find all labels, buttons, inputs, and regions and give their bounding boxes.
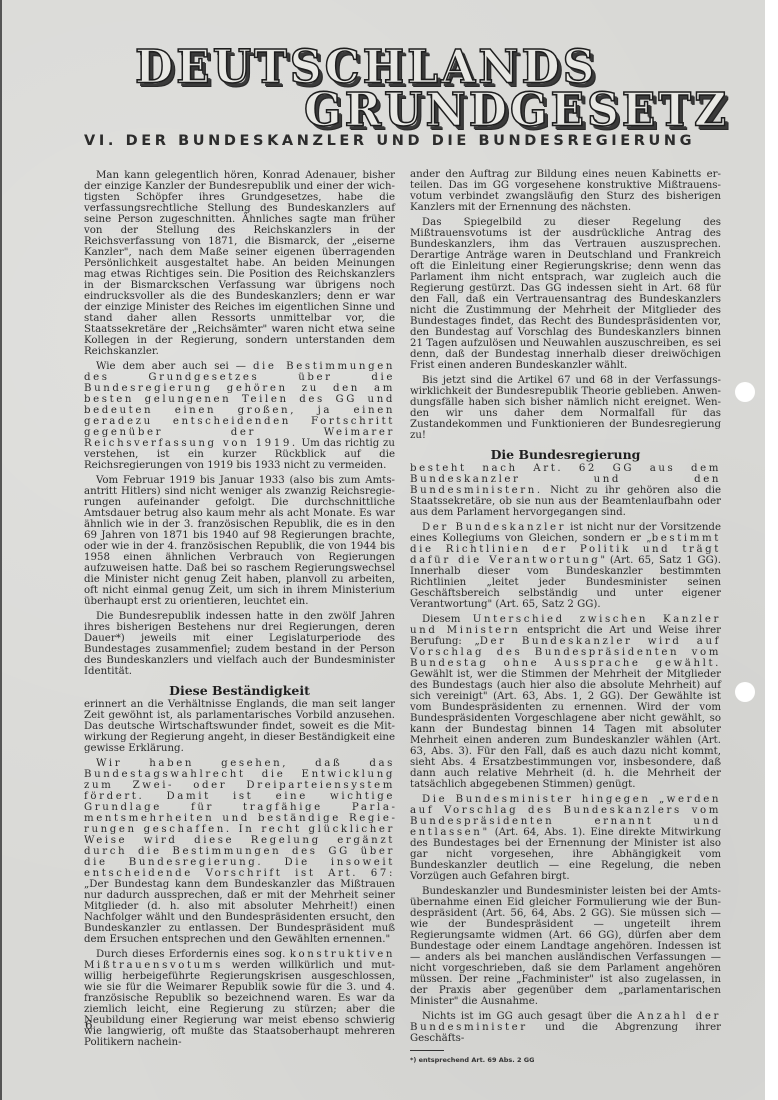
paragraph: Nichts ist im GG auch gesagt über die An… (410, 1011, 721, 1044)
text-run: Diesem (422, 614, 473, 625)
paragraph: besteht nach Art. 62 GG aus dem Bundes­k… (410, 463, 721, 518)
left-column: Man kann gelegentlich hören, Konrad Aden… (84, 170, 395, 1052)
text-run: Gewählt ist, wer die Stimmen der Mehrhei… (410, 669, 721, 790)
footnote-divider (410, 1050, 444, 1051)
scanned-page: DEUTSCHLANDS GRUNDGESETZ VI. DER BUNDESK… (0, 0, 765, 1100)
paragraph: Diesem Unterschied zwischen Kanzler und … (410, 614, 721, 790)
text-run: Nichts ist im GG auch gesagt über die (422, 1011, 637, 1022)
paragraph: Die Bundesrepublik indessen hatte in den… (84, 611, 395, 677)
punch-hole-icon (735, 682, 755, 702)
paragraph: erinnert an die Verhältnisse Englands, d… (84, 699, 395, 754)
emphasized-text: die Bestimmungen des Grundgesetzes über … (84, 361, 395, 449)
text-run: Durch dieses Erfordernis eines sog. (96, 949, 290, 960)
paragraph: Wie dem aber auch sei — die Bestimmungen… (84, 361, 395, 471)
footnote: *) entsprechend Art. 69 Abs. 2 GG (410, 1055, 721, 1066)
paragraph: Bis jetzt sind die Artikel 67 und 68 in … (410, 375, 721, 441)
paragraph: Die Bundesminister hingegen „werden auf … (410, 794, 721, 882)
emphasized-text: Wir haben gesehen, daß das Bundestags­wa… (84, 758, 395, 879)
chapter-subtitle: VI. DER BUNDESKANZLER UND DIE BUNDESREGI… (84, 133, 695, 149)
text-run: Wie dem aber auch sei — (96, 361, 253, 372)
paragraph: Man kann gelegentlich hören, Konrad Aden… (84, 170, 395, 357)
paragraph: Bundeskanzler und Bundesminister leisten… (410, 886, 721, 1007)
right-column: ander den Auftrag zur Bildung eines neue… (410, 169, 721, 1066)
paragraph: Der Bundeskanzler ist nicht nur der Vors… (410, 522, 721, 610)
section-heading: Diese Beständigkeit (84, 685, 395, 696)
paragraph: Wir haben gesehen, daß das Bundestags­wa… (84, 758, 395, 945)
paragraph: Das Spiegelbild zu dieser Regelung des M… (410, 217, 721, 371)
paragraph: ander den Auftrag zur Bildung eines neue… (410, 169, 721, 213)
paragraph: Vom Februar 1919 bis Januar 1933 (also b… (84, 475, 395, 607)
title-line-2: GRUNDGESETZ (304, 88, 729, 134)
text-run: „Der Bundestag kann dem Bundeskanzler da… (84, 879, 395, 945)
punch-hole-icon (735, 382, 755, 402)
emphasized-text: Der Bundeskanzler (422, 522, 566, 533)
page-number: 6 (85, 1018, 93, 1032)
section-heading: Die Bundesregierung (410, 449, 721, 460)
text-run: werden willkürlich und mut­willig herbei… (84, 960, 395, 1048)
paragraph: Durch dieses Erfordernis eines sog. kons… (84, 949, 395, 1048)
